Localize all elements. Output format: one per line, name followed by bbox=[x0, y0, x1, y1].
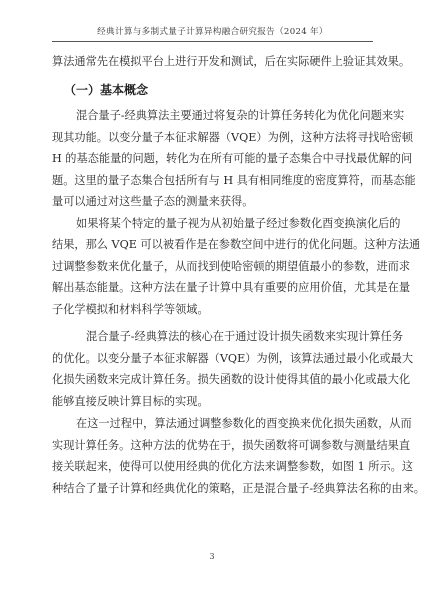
paragraph-line: 结果，那么 VQE 可以被看作是在参数空间中进行的优化问题。这种方法通 bbox=[52, 237, 372, 253]
section-heading: （一）基本概念 bbox=[64, 82, 148, 98]
paragraph-line: 混合量子-经典算法的核心在于通过设计损失函数来实现计算任务 bbox=[86, 329, 372, 345]
paragraph-line: 子化学模拟和材料科学等领域。 bbox=[52, 302, 372, 318]
paragraph-line: H 的基态能量的问题，转化为在所有可能的量子态集合中寻找最优解的问 bbox=[52, 151, 372, 167]
paragraph-line: 解出基态能量。这种方法在量子计算中具有重要的应用价值，尤其是在量 bbox=[52, 280, 372, 296]
paragraph-line: 在这一过程中，算法通过调整参数化的酉变换来优化损失函数，从而 bbox=[76, 416, 372, 432]
paragraph-line: 如果将某个特定的量子视为从初始量子经过参数化酉变换演化后的 bbox=[76, 216, 372, 232]
page-number: 3 bbox=[0, 552, 424, 561]
running-header: 经典计算与多制式量子计算异构融合研究报告（2024 年） bbox=[52, 25, 373, 41]
paragraph-line: 接关联起来，使得可以使用经典的优化方法来调整参数，如图 1 所示。这 bbox=[52, 459, 372, 475]
paragraph-line: 混合量子-经典算法主要通过将复杂的计算任务转化为优化问题来实 bbox=[76, 108, 372, 124]
paragraph-line: 题。这里的量子态集合包括所有与 H 具有相同维度的密度算符，而基态能 bbox=[52, 173, 372, 189]
header-rule bbox=[52, 41, 373, 42]
paragraph-line: 能够直接反映计算目标的实现。 bbox=[52, 394, 372, 410]
paragraph-line: 过调整参数来优化量子，从而找到使哈密顿的期望值最小的参数，进而求 bbox=[52, 259, 372, 275]
paragraph-line: 实现计算任务。这种方法的优势在于，损失函数将可调参数与测量结果直 bbox=[52, 438, 372, 454]
paragraph-line: 现其功能。以变分量子本征求解器（VQE）为例，这种方法将寻找哈密顿 bbox=[52, 130, 372, 146]
intro-line: 算法通常先在模拟平台上进行开发和测试，后在实际硬件上验证其效果。 bbox=[52, 54, 372, 70]
paragraph-line: 量可以通过对这些量子态的测量来获得。 bbox=[52, 194, 372, 210]
paragraph-line: 种结合了量子计算和经典优化的策略，正是混合量子-经典算法名称的由来。 bbox=[52, 481, 372, 497]
paragraph-line: 化损失函数来完成计算任务。损失函数的设计使得其值的最小化或最大化 bbox=[52, 372, 372, 388]
paragraph-line: 的优化。以变分量子本征求解器（VQE）为例，该算法通过最小化或最大 bbox=[52, 351, 372, 367]
